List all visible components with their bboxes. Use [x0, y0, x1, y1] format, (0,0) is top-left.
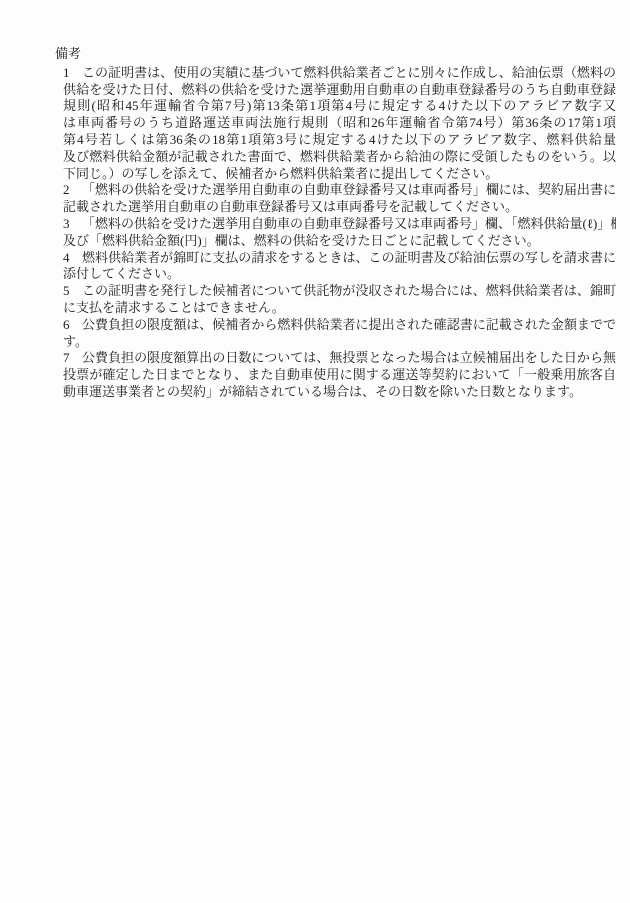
remark-line: 7公費負担の限度額算出の日数については、無投票となった場合は立候補届出をした日か…: [63, 350, 616, 367]
remark-line: 供給を受けた日付、燃料の供給を受けた選挙運動用自動車の自動車登録番号のうち自動車…: [63, 82, 616, 99]
item-number: 5: [63, 283, 82, 300]
item-number: 7: [63, 350, 82, 367]
remark-line: 5この証明書を発行した候補者について供託物が没収された場合には、燃料供給業者は、…: [63, 283, 616, 300]
remark-line-text: 第4号若しくは第36条の18第1項第3号に規定する4けた以下のアラビア数字、燃料…: [63, 132, 616, 147]
remark-line-text: 投票が確定した日までとなり、また自動車使用に関する運送等契約において「一般乗用旅…: [63, 367, 616, 382]
remarks-list: 1この証明書は、使用の実績に基づいて燃料供給業者ごとに別々に作成し、給油伝票（燃…: [63, 65, 616, 401]
remark-line-text: 「燃料の供給を受けた選挙用自動車の自動車登録番号又は車両番号」欄、「燃料供給量(…: [82, 216, 616, 231]
item-number: 3: [63, 216, 82, 233]
remarks-heading: 備考: [55, 46, 630, 63]
remark-line-text: 燃料供給業者が錦町に支払の請求をするときは、この証明書及び給油伝票の写しを請求書…: [82, 250, 616, 265]
remark-line-text: 公費負担の限度額は、候補者から燃料供給業者に提出された確認書に記載された金額まで…: [82, 317, 616, 332]
remark-line-text: 「燃料の供給を受けた選挙用自動車の自動車登録番号又は車両番号」欄には、契約届出書…: [82, 182, 616, 197]
remark-line-text: 下同じ。）の写しを添えて、候補者から燃料供給業者に提出してください。: [63, 166, 498, 181]
remark-line: 4燃料供給業者が錦町に支払の請求をするときは、この証明書及び給油伝票の写しを請求…: [63, 250, 616, 267]
remark-line: 1この証明書は、使用の実績に基づいて燃料供給業者ごとに別々に作成し、給油伝票（燃…: [63, 65, 616, 82]
remark-line-text: は車両番号のうち道路運送車両法施行規則（昭和26年運輸省令第74号）第36条の1…: [63, 115, 616, 130]
remark-item: 4燃料供給業者が錦町に支払の請求をするときは、この証明書及び給油伝票の写しを請求…: [63, 250, 616, 284]
remark-line-text: 及び燃料供給金額が記載された書面で、燃料供給業者から給油の際に受領したものをいう…: [63, 149, 616, 164]
item-number: 1: [63, 65, 82, 82]
remark-line: 及び燃料供給金額が記載された書面で、燃料供給業者から給油の際に受領したものをいう…: [63, 149, 616, 166]
remark-item: 6公費負担の限度額は、候補者から燃料供給業者に提出された確認書に記載された金額ま…: [63, 317, 616, 351]
remark-item: 2「燃料の供給を受けた選挙用自動車の自動車登録番号又は車両番号」欄には、契約届出…: [63, 182, 616, 216]
remark-item: 7公費負担の限度額算出の日数については、無投票となった場合は立候補届出をした日か…: [63, 350, 616, 400]
remark-line-text: 添付してください。: [63, 266, 180, 281]
item-number: 4: [63, 250, 82, 267]
remark-line: 第4号若しくは第36条の18第1項第3号に規定する4けた以下のアラビア数字、燃料…: [63, 132, 616, 149]
remark-line: 動車運送事業者との契約」が締結されている場合は、その日数を除いた日数となります。: [63, 384, 616, 401]
remark-line-text: 記載された選挙用自動車の自動車登録番号又は車両番号を記載してください。: [63, 199, 518, 214]
remark-line: 規則(昭和45年運輸省令第7号)第13条第1項第4号に規定する4けた以下のアラビ…: [63, 98, 616, 115]
item-number: 2: [63, 182, 82, 199]
remark-line-text: 公費負担の限度額算出の日数については、無投票となった場合は立候補届出をした日から…: [82, 350, 616, 365]
remark-line: 下同じ。）の写しを添えて、候補者から燃料供給業者に提出してください。: [63, 166, 616, 183]
item-number: 6: [63, 317, 82, 334]
remark-line-text: 動車運送事業者との契約」が締結されている場合は、その日数を除いた日数となります。: [63, 384, 582, 399]
remark-line-text: に支払を請求することはできません。: [63, 300, 285, 315]
remark-line: 3「燃料の供給を受けた選挙用自動車の自動車登録番号又は車両番号」欄、「燃料供給量…: [63, 216, 616, 233]
remark-line: 記載された選挙用自動車の自動車登録番号又は車両番号を記載してください。: [63, 199, 616, 216]
remark-line: 6公費負担の限度額は、候補者から燃料供給業者に提出された確認書に記載された金額ま…: [63, 317, 616, 334]
remark-line: す。: [63, 334, 616, 351]
remark-line: は車両番号のうち道路運送車両法施行規則（昭和26年運輸省令第74号）第36条の1…: [63, 115, 616, 132]
remark-line: 2「燃料の供給を受けた選挙用自動車の自動車登録番号又は車両番号」欄には、契約届出…: [63, 182, 616, 199]
document-page: 備考 1この証明書は、使用の実績に基づいて燃料供給業者ごとに別々に作成し、給油伝…: [0, 0, 630, 903]
remark-line-text: 規則(昭和45年運輸省令第7号)第13条第1項第4号に規定する4けた以下のアラビ…: [63, 98, 616, 113]
remark-item: 3「燃料の供給を受けた選挙用自動車の自動車登録番号又は車両番号」欄、「燃料供給量…: [63, 216, 616, 250]
remark-line: に支払を請求することはできません。: [63, 300, 616, 317]
remark-line-text: この証明書は、使用の実績に基づいて燃料供給業者ごとに別々に作成し、給油伝票（燃料…: [82, 65, 616, 80]
remark-line: 及び「燃料供給金額(円)」欄は、燃料の供給を受けた日ごとに記載してください。: [63, 233, 616, 250]
remark-line-text: 供給を受けた日付、燃料の供給を受けた選挙運動用自動車の自動車登録番号のうち自動車…: [63, 82, 616, 97]
remark-line: 投票が確定した日までとなり、また自動車使用に関する運送等契約において「一般乗用旅…: [63, 367, 616, 384]
remark-item: 1この証明書は、使用の実績に基づいて燃料供給業者ごとに別々に作成し、給油伝票（燃…: [63, 65, 616, 183]
remark-line-text: す。: [63, 334, 88, 349]
remark-line-text: 及び「燃料供給金額(円)」欄は、燃料の供給を受けた日ごとに記載してください。: [63, 233, 540, 248]
remark-item: 5この証明書を発行した候補者について供託物が没収された場合には、燃料供給業者は、…: [63, 283, 616, 317]
remark-line: 添付してください。: [63, 266, 616, 283]
remark-line-text: この証明書を発行した候補者について供託物が没収された場合には、燃料供給業者は、錦…: [82, 283, 616, 298]
